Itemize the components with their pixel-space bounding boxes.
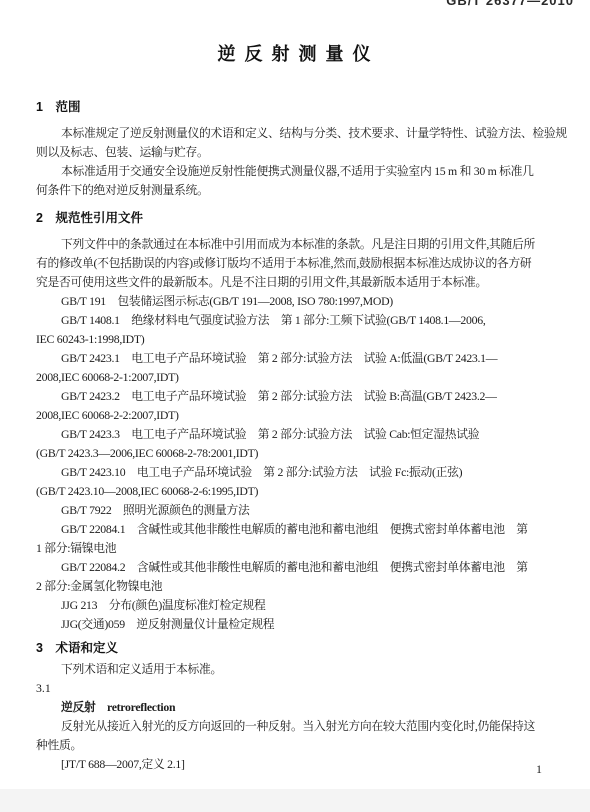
reference-line: 2 部分:金属氢化物镍电池 <box>36 577 554 596</box>
reference-line: GB/T 22084.2 含碱性或其他非酸性电解质的蓄电池和蓄电池组 便携式密封… <box>36 558 554 577</box>
reference-line: IEC 60243-1:1998,IDT) <box>36 330 554 349</box>
reference-line: GB/T 1408.1 绝缘材料电气强度试验方法 第 1 部分:工频下试验(GB… <box>36 311 554 330</box>
reference-line: (GB/T 2423.3—2006,IEC 60068-2-78:2001,ID… <box>36 444 554 463</box>
scan-edge-band <box>0 789 590 812</box>
reference-line: (GB/T 2423.10—2008,IEC 60068-2-6:1995,ID… <box>36 482 554 501</box>
clause-number: 3.1 <box>36 679 554 698</box>
page-number: 1 <box>536 762 542 777</box>
page-content: 逆 反 射 测 量 仪 1 范围 本标准规定了逆反射测量仪的术语和定义、结构与分… <box>0 40 590 774</box>
reference-line: JJG(交通)059 逆反射测量仪计量检定规程 <box>36 615 554 634</box>
reference-line: GB/T 7922 照明光源颜色的测量方法 <box>36 501 554 520</box>
para-line: 本标准规定了逆反射测量仪的术语和定义、结构与分类、技术要求、计量学特性、试验方法… <box>36 124 554 143</box>
definition-line: 种性质。 <box>36 736 554 755</box>
section-3-terms: 下列术语和定义适用于本标准。 3.1 逆反射 retroreflection 反… <box>36 660 554 774</box>
reference-line: GB/T 22084.1 含碱性或其他非酸性电解质的蓄电池和蓄电池组 便携式密封… <box>36 520 554 539</box>
reference-line: 2008,IEC 60068-2-1:2007,IDT) <box>36 368 554 387</box>
document-page: GB/T 26377—2010 逆 反 射 测 量 仪 1 范围 本标准规定了逆… <box>0 0 590 812</box>
para-line: 何条件下的绝对逆反射测量系统。 <box>36 181 554 200</box>
section-1-heading: 1 范围 <box>36 99 554 115</box>
reference-line: 1 部分:镉镍电池 <box>36 539 554 558</box>
reference-line: GB/T 2423.2 电工电子产品环境试验 第 2 部分:试验方法 试验 B:… <box>36 387 554 406</box>
reference-line: GB/T 2423.10 电工电子产品环境试验 第 2 部分:试验方法 试验 F… <box>36 463 554 482</box>
source-citation: [JT/T 688—2007,定义 2.1] <box>36 755 554 774</box>
reference-line: GB/T 2423.1 电工电子产品环境试验 第 2 部分:试验方法 试验 A:… <box>36 349 554 368</box>
para-line: 本标准适用于交通安全设施逆反射性能便携式测量仪器,不适用于实验室内 15 m 和… <box>36 162 554 181</box>
para-line: 则以及标志、包装、运输与贮存。 <box>36 143 554 162</box>
reference-line: GB/T 191 包装储运图示标志(GB/T 191—2008, ISO 780… <box>36 292 554 311</box>
reference-line: GB/T 2423.3 电工电子产品环境试验 第 2 部分:试验方法 试验 Ca… <box>36 425 554 444</box>
document-title: 逆 反 射 测 量 仪 <box>36 40 554 66</box>
section-2-heading: 2 规范性引用文件 <box>36 210 554 226</box>
reference-line: 2008,IEC 60068-2-2:2007,IDT) <box>36 406 554 425</box>
term-entry: 逆反射 retroreflection <box>36 698 554 717</box>
reference-line: JJG 213 分布(颜色)温度标准灯检定规程 <box>36 596 554 615</box>
para-line: 下列术语和定义适用于本标准。 <box>36 660 554 679</box>
section-1-scope: 本标准规定了逆反射测量仪的术语和定义、结构与分类、技术要求、计量学特性、试验方法… <box>36 124 554 200</box>
para-line: 究是否可使用这些文件的最新版本。凡是不注日期的引用文件,其最新版本适用于本标准。 <box>36 273 554 292</box>
definition-line: 反射光从接近入射光的反方向返回的一种反射。当入射光方向在较大范围内变化时,仍能保… <box>36 717 554 736</box>
standard-number-header: GB/T 26377—2010 <box>446 0 574 8</box>
para-line: 下列文件中的条款通过在本标准中引用而成为本标准的条款。凡是注日期的引用文件,其随… <box>36 235 554 254</box>
section-3-heading: 3 术语和定义 <box>36 640 554 656</box>
section-2-normative-references: 下列文件中的条款通过在本标准中引用而成为本标准的条款。凡是注日期的引用文件,其随… <box>36 235 554 634</box>
para-line: 有的修改单(不包括勘误的内容)或修订版均不适用于本标准,然而,鼓励根据本标准达成… <box>36 254 554 273</box>
